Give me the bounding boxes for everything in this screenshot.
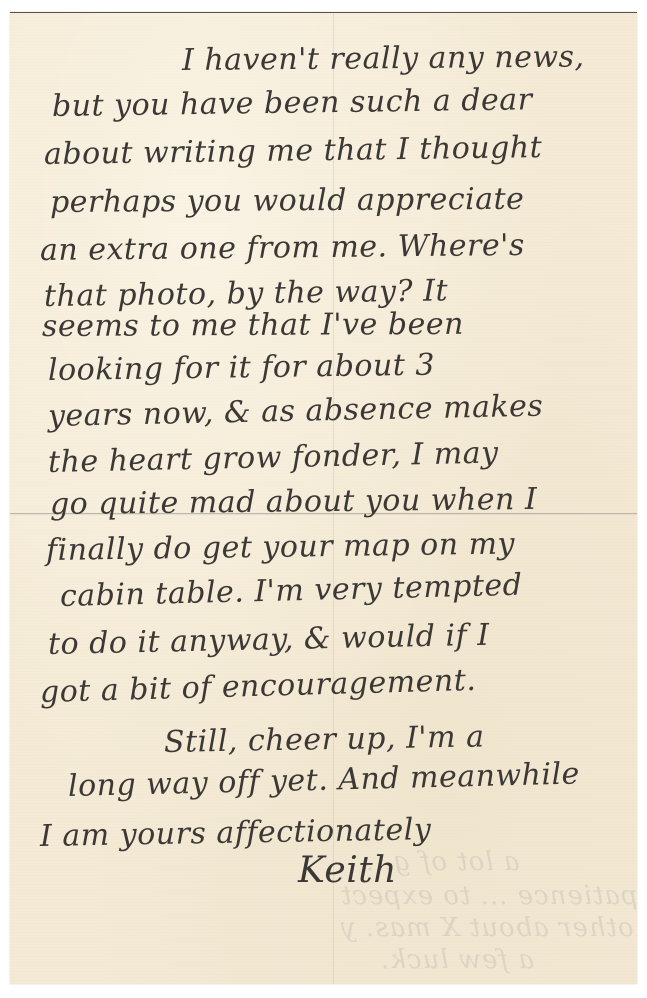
bleed-through-line: itself by another about X mas. y [340,913,637,943]
letter-line: Still, cheer up, I'm a [164,719,485,760]
letter-line: long way off yet. And meanwhile [68,756,581,803]
bleed-through-line: a few luck. [380,945,534,975]
letter-closing: I am yours affectionately [40,812,432,854]
letter-page: a lot of g... to do patience ... to expe… [10,12,637,984]
letter-line: looking for it for about 3 [48,348,435,388]
letter-line: finally do get your map on my [46,526,515,568]
letter-line: an extra one from me. Where's [40,228,525,268]
letter-line: got a bit of encouragement. [40,663,477,710]
signature: Keith [298,850,397,891]
letter-line: the heart grow fonder, I may [48,436,499,480]
letter-line: perhaps you would appreciate [50,182,525,220]
letter-line: but you have been such a dear [52,82,533,124]
letter-line: years now, & as absence makes [48,389,544,434]
letter-line: I haven't really any news, [182,39,585,78]
letter-line: to do it anyway, & would if I [48,618,490,662]
letter-line: about writing me that I thought [44,130,543,172]
letter-line: go quite mad about you when I [50,482,538,522]
letter-line: cabin table. I'm very tempted [60,568,523,614]
letter-line: seems to me that I've been [42,307,464,344]
